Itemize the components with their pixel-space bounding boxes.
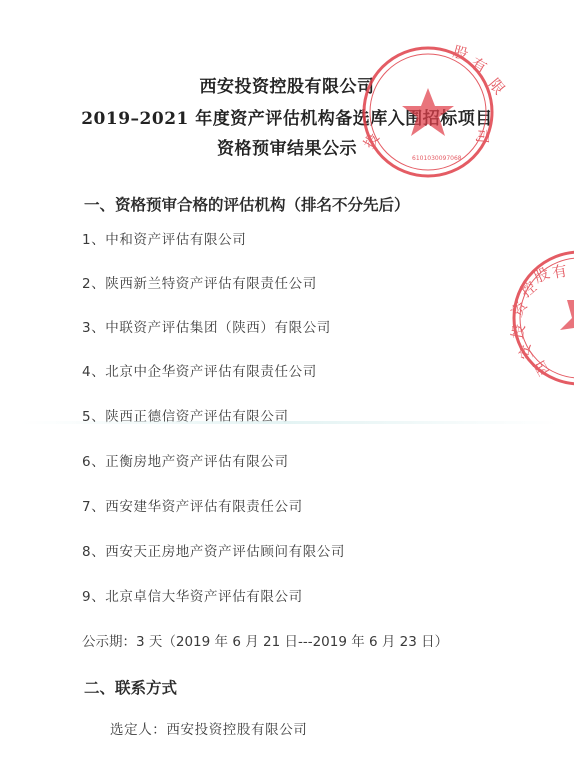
svg-text:有: 有 xyxy=(551,262,569,282)
scan-artifact-line xyxy=(20,421,560,424)
list-item: 4、北京中企华资产评估有限责任公司 xyxy=(82,360,317,380)
notice-period: 公示期：3 天（2019 年 6 月 21 日---2019 年 6 月 23 … xyxy=(82,630,448,650)
svg-text:投: 投 xyxy=(508,323,528,341)
document-title-project: 2019–2021 年度资产评估机构备选库入围招标项目 xyxy=(0,104,574,129)
list-item: 9、北京卓信大华资产评估有限公司 xyxy=(82,585,303,605)
list-item: 2、陕西新兰特资产评估有限责任公司 xyxy=(82,272,317,292)
list-item: 1、中和资产评估有限公司 xyxy=(82,228,246,248)
document-title-company: 西安投资控股有限公司 xyxy=(0,72,574,97)
svg-text:西: 西 xyxy=(530,357,553,379)
official-seal-stamp-top: 有 股 限 司 投 6101030097068 xyxy=(0,0,574,200)
svg-text:股: 股 xyxy=(451,42,470,63)
svg-text:控: 控 xyxy=(517,278,540,301)
section-heading-qualified-agencies: 一、资格预审合格的评估机构（排名不分先后） xyxy=(84,193,410,215)
document-title-subject: 资格预审结果公示 xyxy=(0,134,574,159)
list-item: 8、西安天正房地产资产评估顾问有限公司 xyxy=(82,540,345,560)
list-item: 3、中联资产评估集团（陕西）有限公司 xyxy=(82,316,331,336)
svg-text:资: 资 xyxy=(508,297,532,320)
svg-text:安: 安 xyxy=(516,343,536,361)
section-heading-contact: 二、联系方式 xyxy=(84,676,177,698)
list-item: 6、正衡房地产资产评估有限公司 xyxy=(82,450,289,470)
contact-selector: 选定人：西安投资控股有限公司 xyxy=(110,718,307,738)
svg-text:股: 股 xyxy=(531,264,552,287)
list-item: 7、西安建华资产评估有限责任公司 xyxy=(82,495,303,515)
